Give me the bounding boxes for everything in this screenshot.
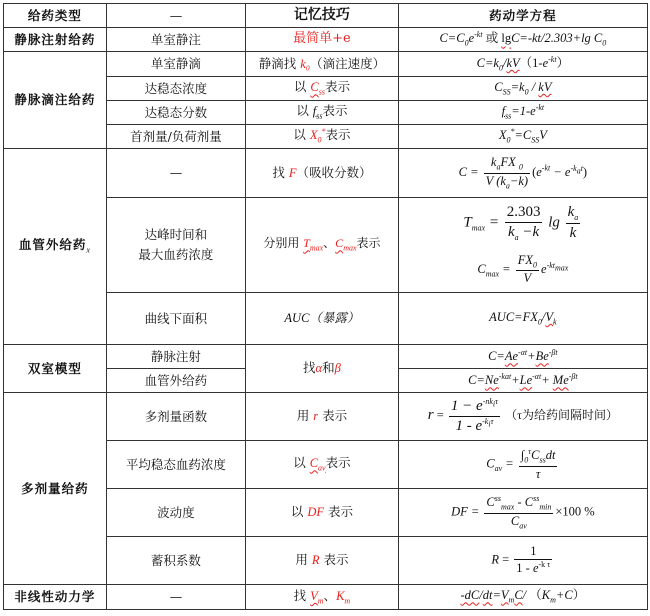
tip-symbol: β [335,361,341,375]
equation: C=Ne-kat+Le-αt+ Me-βt [398,369,647,393]
sub-type: 达峰时间和最大血药浓度 [106,198,245,293]
sub-type: 达稳态分数 [106,101,245,125]
tip-symbol: Km [336,589,350,603]
sub-type: 达稳态浓度 [106,77,245,101]
category-label: 血管外给药 [19,237,87,252]
tip-symbol: Vm [310,589,323,603]
sub-type: — [106,149,245,198]
sub-type: 首剂量/负荷剂量 [106,125,245,149]
equation: R = 11 - e-k τ [398,537,647,585]
tip-text: 表示 [324,504,353,519]
tip-symbol: X0* [310,128,326,142]
header-equation: 药动学方程 [398,4,647,28]
memory-tip: 分别用 Tmax、Cmax表示 [246,198,399,293]
sub-type: 波动度 [106,489,245,537]
equation: Cav = ∫0τCssdtτ [398,441,647,489]
tip-text: 表示 [323,103,348,118]
memory-tip: 最简单+e [246,28,399,52]
tip-text: 表示 [325,127,350,142]
sub-type: 蓄积系数 [106,537,245,585]
equation: fss=1-e-kt [398,101,647,125]
memory-tip: 以 fss表示 [246,101,399,125]
memory-tip: 以 Css表示 [246,77,399,101]
tip-text: 找 [294,588,310,603]
tip-symbol: Tmax [303,236,323,250]
cmax-equation: Cmax = FX0Ve-ktmax [402,253,644,287]
pharmacokinetics-table: 给药类型 — 记忆技巧 药动学方程 静脉注射给药 单室静注 最简单+e C=C0… [3,3,648,610]
tip-text: 以 [291,504,307,519]
memory-tip: 静滴找 k₀（滴注速度） [246,52,399,77]
header-memory-tip: 记忆技巧 [246,4,399,28]
equation: AUC=FX0/Vk [398,293,647,345]
memory-tip: 以 Cav表示 [246,441,399,489]
table-row: 静脉滴注给药 单室静滴 静滴找 k₀（滴注速度） C=k0/kV（1-e-kt） [4,52,648,77]
table-row: 非线性动力学 — 找 Vm、Km -dC/dt=VmC/ （Km+C） [4,585,648,610]
tip-symbol: k₀ [300,57,310,71]
tip-symbol: fss [313,104,323,118]
memory-tip: 找 Vm、Km [246,585,399,610]
sub-type: 单室静滴 [106,52,245,77]
memory-tip: 以 X0*表示 [246,125,399,149]
memory-tip: 用 r 表示 [246,393,399,441]
memory-tip: 用 R 表示 [246,537,399,585]
sub-type: 平均稳态血药浓度 [106,441,245,489]
equation: X0*=CSSV [398,125,647,149]
category-extravascular: 血管外给药x [4,149,107,345]
sub-type: 曲线下面积 [106,293,245,345]
tip-text: 用 [295,552,311,567]
tip-text: 、 [323,236,335,250]
category-iv-bolus: 静脉注射给药 [4,28,107,52]
tip-text: 静滴找 [259,56,300,71]
tip-text: 以 [293,127,309,142]
tip-text: 、 [324,588,337,603]
tip-symbol: Cmax [335,236,356,250]
tip-text: （吸收分数） [296,165,371,180]
equation: C = kaFX 0V (ka−k)(e-kt − e-kat) [398,149,647,198]
tip-text: 表示 [318,408,347,423]
header-dash: — [106,4,245,28]
tip-text: 表示 [319,552,348,567]
category-iv-infusion: 静脉滴注给药 [4,52,107,149]
memory-tip: 找 F（吸收分数） [246,149,399,198]
header-drug-type: 给药类型 [4,4,107,28]
table-row: 静脉注射给药 单室静注 最简单+e C=C0e-kt 或 lgC=-kt/2.3… [4,28,648,52]
tip-text: 以 [294,79,310,94]
tmax-equation: Tmax = 2.303ka −k lg kak [402,203,644,243]
equation: C=C0e-kt 或 lgC=-kt/2.303+lg C0 [398,28,647,52]
sub-line: 最大血药浓度 [110,247,242,263]
sub-type: — [106,585,245,610]
sub-type: 单室静注 [106,28,245,52]
equation: Tmax = 2.303ka −k lg kak Cmax = FX0Ve-kt… [398,198,647,293]
category-multiple-dose: 多剂量给药 [4,393,107,585]
tip-symbol: DF [307,505,324,519]
table-row: 血管外给药x — 找 F（吸收分数） C = kaFX 0V (ka−k)(e-… [4,149,648,198]
memory-tip: 找α和β [246,345,399,393]
tip-text: 表示 [326,455,351,470]
tip-text: 分别用 [263,236,303,250]
tip-text: （滴注速度） [310,56,385,71]
memory-tip: 以 DF 表示 [246,489,399,537]
tip-text: 和 [322,360,335,375]
tip-text: 找 [303,360,316,375]
category-mark: x [86,246,91,255]
tip-text: 以 [296,103,312,118]
sub-line: 达峰时间和 [110,227,242,243]
sub-type: 多剂量函数 [106,393,245,441]
table-row: 双室模型 静脉注射 找α和β C=Ae-αt+Be-βt [4,345,648,369]
category-nonlinear: 非线性动力学 [4,585,107,610]
tip-symbol: Cav [310,456,326,470]
tip-text: 用 [297,408,313,423]
sub-type: 静脉注射 [106,345,245,369]
equation: -dC/dt=VmC/ （Km+C） [398,585,647,610]
tip-text: 以 [293,455,309,470]
equation: C=Ae-αt+Be-βt [398,345,647,369]
category-two-compartment: 双室模型 [4,345,107,393]
memory-tip: AUC（暴露） [246,293,399,345]
equation: r = 1 − e-nkiτ1 - e-kiτ （τ为给药间隔时间） [398,393,647,441]
equation: C=k0/kV（1-e-kt） [398,52,647,77]
tip-text: 表示 [325,79,350,94]
table-row: 多剂量给药 多剂量函数 用 r 表示 r = 1 − e-nkiτ1 - e-k… [4,393,648,441]
equation: CSS=k0 / kV [398,77,647,101]
equation: DF = Cssmax - CssminCav×100 % [398,489,647,537]
tip-symbol: Css [310,80,325,94]
tip-text: 表示 [357,236,381,250]
sub-type: 血管外给药 [106,369,245,393]
header-row: 给药类型 — 记忆技巧 药动学方程 [4,4,648,28]
equation-note: （τ为给药间隔时间） [505,408,618,422]
tip-text: 找 [272,165,288,180]
